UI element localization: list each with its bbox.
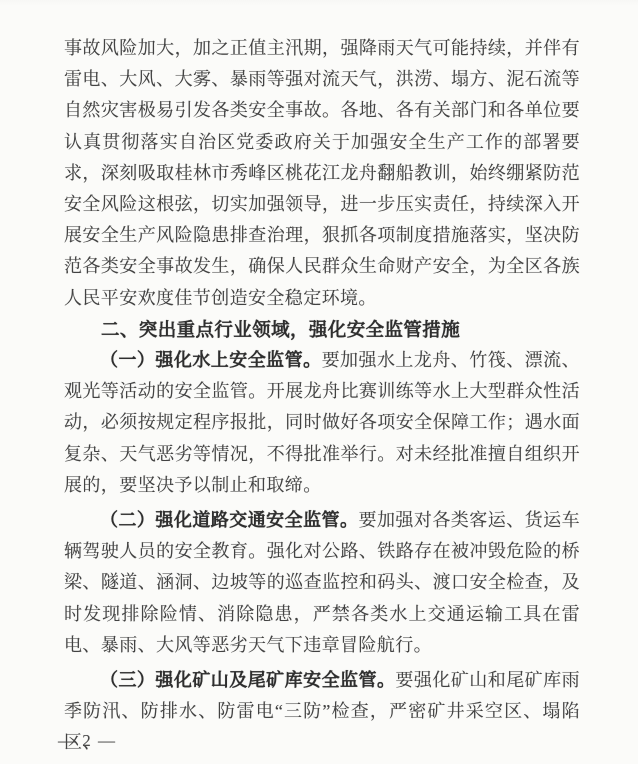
section-text: 要加强水上龙舟、竹筏、漂流、观光等活动的安全监管。开展龙舟比赛训练等水上大型群众…: [64, 350, 580, 495]
scanned-document-page: 事故风险加大，加之正值主汛期，强降雨天气可能持续，并伴有雷电、大风、大雾、暴雨等…: [0, 0, 638, 764]
paragraph-continuation: 事故风险加大，加之正值主汛期，强降雨天气可能持续，并伴有雷电、大风、大雾、暴雨等…: [64, 33, 580, 314]
section-heading: 二、突出重点行业领域，强化安全监管措施: [64, 314, 580, 345]
document-body: 事故风险加大，加之正值主汛期，强降雨天气可能持续，并伴有雷电、大风、大雾、暴雨等…: [64, 33, 580, 759]
section-paragraph-water-safety: （一）强化水上安全监管。要加强水上龙舟、竹筏、漂流、观光等活动的安全监管。开展龙…: [64, 345, 580, 501]
section-lead: （三）强化矿山及尾矿库安全监管。: [100, 670, 395, 690]
section-text: 要加强对各类客运、货运车辆驾驶人员的安全教育。强化对公路、铁路存在被冲毁危险的桥…: [64, 510, 580, 655]
section-lead: （二）强化道路交通安全监管。: [100, 510, 358, 530]
section-paragraph-road-traffic: （二）强化道路交通安全监管。要加强对各类客运、货运车辆驾驶人员的安全教育。强化对…: [64, 505, 580, 661]
section-lead: （一）强化水上安全监管。: [100, 350, 322, 370]
section-paragraph-mine-safety: （三）强化矿山及尾矿库安全监管。要强化矿山和尾矿库雨季防汛、防排水、防雷电“三防…: [64, 665, 580, 759]
page-number: — 2 —: [58, 730, 117, 752]
